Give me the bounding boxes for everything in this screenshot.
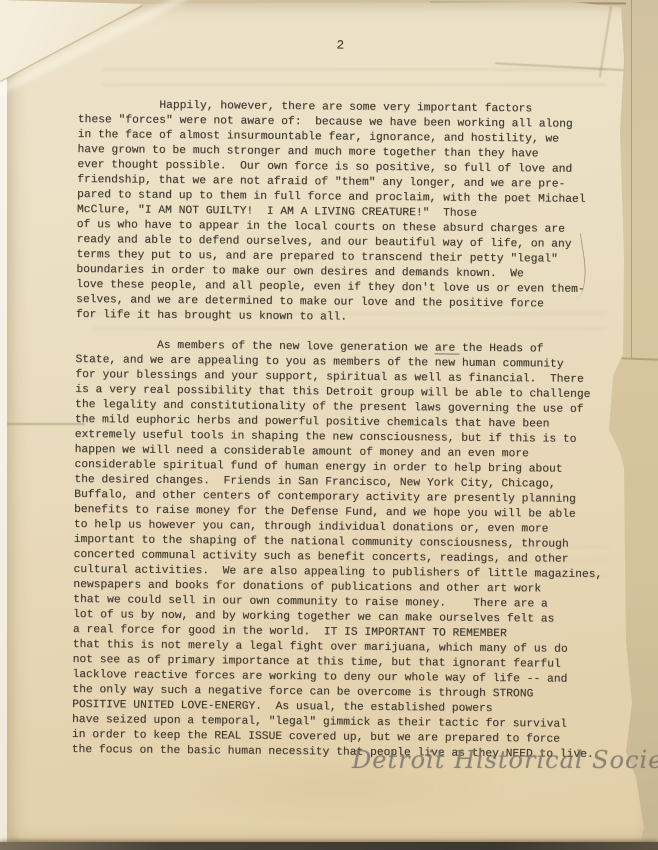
page-number: 2: [336, 38, 344, 52]
typed-underline-mark: [435, 353, 460, 354]
ink-bleedthrough: [102, 68, 607, 96]
backing-sheet-edge: [622, 357, 658, 360]
document-page: 2 Happily, however, there are some very …: [7, 2, 652, 845]
crease-mark: [495, 62, 635, 71]
crease-mark: [7, 423, 85, 425]
crease-mark: [599, 0, 613, 78]
scanner-bed-strip: [0, 0, 7, 850]
archive-watermark: Detroit Historical Society: [352, 746, 658, 774]
scan-bottom-shadow: [0, 842, 658, 850]
scanned-document: 2 Happily, however, there are some very …: [0, 0, 658, 850]
typewritten-text-block: 2 Happily, however, there are some very …: [72, 98, 630, 778]
backing-sheet-edge: [631, 0, 632, 358]
paragraph-2: As members of the new love generation we…: [72, 338, 628, 763]
paragraph-1: Happily, however, there are some very im…: [76, 98, 630, 328]
